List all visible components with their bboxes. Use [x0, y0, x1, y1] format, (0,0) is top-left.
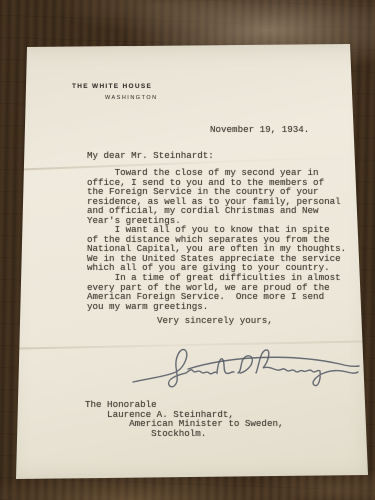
- letterhead-washington: WASHINGTON: [105, 95, 158, 101]
- recipient-address-block: The Honorable Laurence A. Steinhardt, Am…: [85, 400, 283, 438]
- letterhead-the-white-house: THE WHITE HOUSE: [72, 83, 152, 90]
- wood-table-background: THE WHITE HOUSE WASHINGTON November 19, …: [0, 0, 375, 500]
- body-paragraph-3: In a time of great difficulties in almos…: [87, 273, 341, 311]
- letter-date: November 19, 1934.: [210, 125, 309, 135]
- body-paragraph-1: Toward the close of my second year in of…: [87, 168, 341, 225]
- closing-valediction: Very sincerely yours,: [157, 316, 273, 326]
- body-paragraph-2: I want all of you to know that in spite …: [87, 225, 346, 273]
- salutation: My dear Mr. Steinhardt:: [87, 151, 214, 161]
- signature-franklin-d-roosevelt: [130, 336, 365, 398]
- letter-paper: THE WHITE HOUSE WASHINGTON November 19, …: [8, 44, 372, 481]
